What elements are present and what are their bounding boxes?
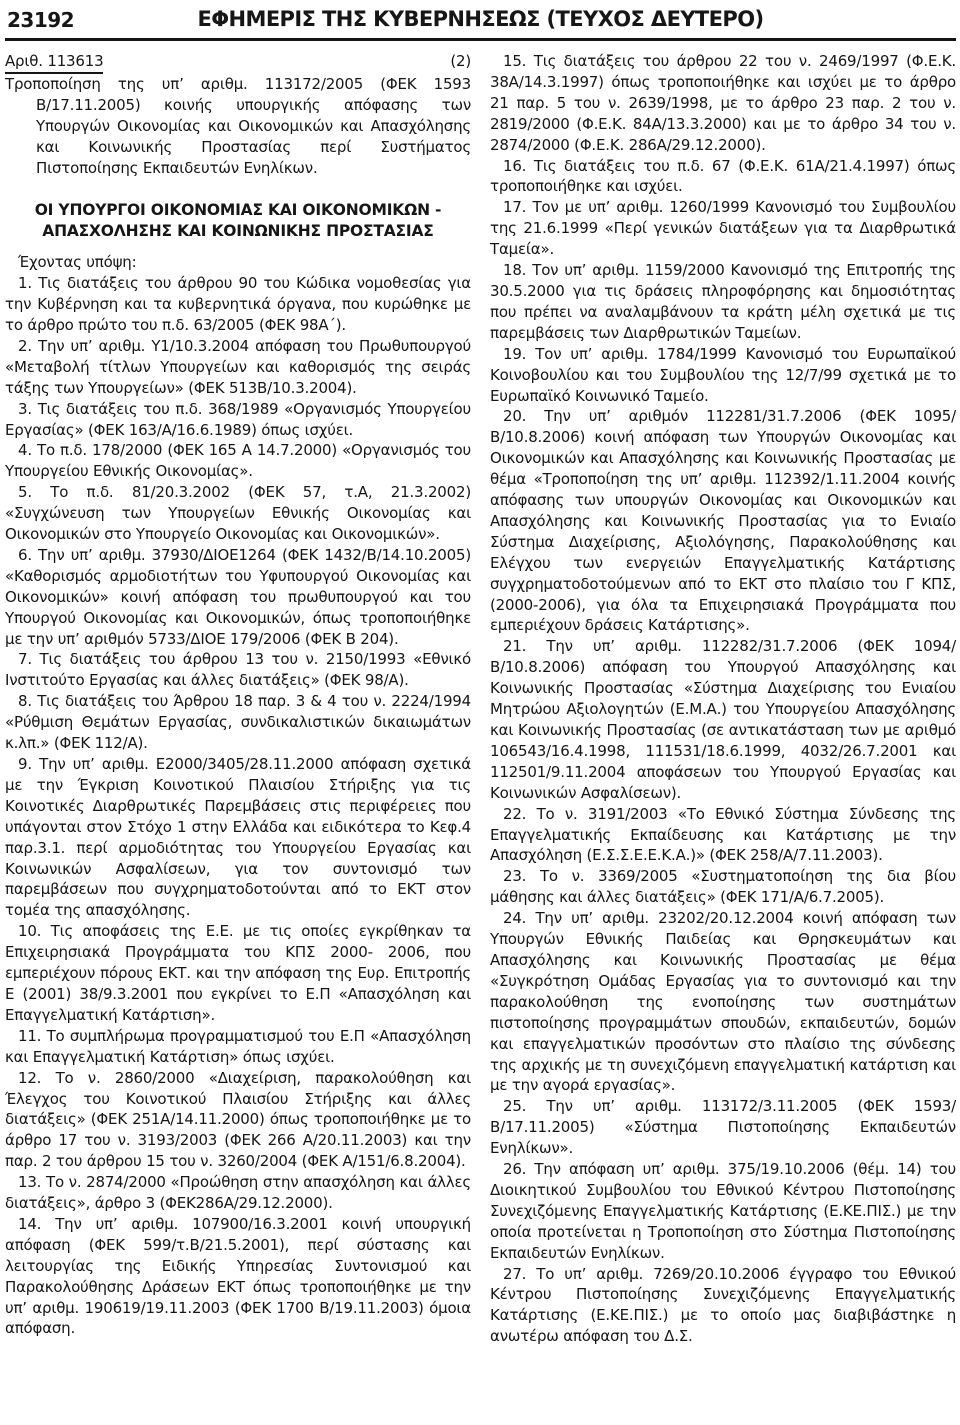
regard-item: 26. Την απόφαση υπ’ αριθμ. 375/19.10.200… — [490, 1159, 956, 1264]
regard-item: 13. Το ν. 2874/2000 «Προώθηση στην απασχ… — [5, 1172, 471, 1214]
regard-item: 7. Τις διατάξεις του άρθρου 13 του ν. 21… — [5, 649, 471, 691]
decision-number-row: Αριθ. 113613 (2) — [5, 51, 471, 74]
regard-item: 8. Τις διατάξεις του Άρθρου 18 παρ. 3 & … — [5, 691, 471, 754]
header-rule — [5, 38, 956, 41]
regard-item: 23. Το ν. 3369/2005 «Συστηματοποίηση της… — [490, 866, 956, 908]
preamble: Έχοντας υπόψη: — [5, 252, 471, 273]
regard-item: 1. Τις διατάξεις του άρθρου 90 του Κώδικ… — [5, 273, 471, 336]
regard-item: 14. Την υπ’ αριθμ. 107900/16.3.2001 κοιν… — [5, 1214, 471, 1339]
regard-item: 19. Τον υπ’ αριθμ. 1784/1999 Κανονισμό τ… — [490, 344, 956, 407]
regard-items-right: 15. Τις διατάξεις του άρθρου 22 του ν. 2… — [490, 51, 956, 1347]
regard-item: 6. Την υπ’ αριθμ. 37930/ΔΙΟΕ1264 (ΦΕΚ 14… — [5, 545, 471, 650]
gazette-page: 23192 ΕΦΗΜΕΡΙΣ ΤΗΣ ΚΥΒΕΡΝΗΣΕΩΣ (ΤΕΥΧΟΣ Δ… — [0, 0, 960, 1425]
decision-number: Αριθ. 113613 — [5, 51, 103, 74]
decision-sequence-marker: (2) — [450, 51, 471, 72]
text-columns: Αριθ. 113613 (2) Τροποποίηση της υπ’ αρι… — [5, 51, 956, 1347]
regard-item: 17. Τον με υπ’ αριθμ. 1260/1999 Κανονισμ… — [490, 197, 956, 260]
regard-item: 9. Την υπ’ αριθμ. Ε2000/3405/28.11.2000 … — [5, 754, 471, 921]
decision-subject: Τροποποίηση της υπ’ αριθμ. 113172/2005 (… — [5, 74, 471, 179]
regard-items-left: 1. Τις διατάξεις του άρθρου 90 του Κώδικ… — [5, 273, 471, 1339]
regard-item: 25. Την υπ’ αριθμ. 113172/3.11.2005 (ΦΕΚ… — [490, 1096, 956, 1159]
masthead: 23192 ΕΦΗΜΕΡΙΣ ΤΗΣ ΚΥΒΕΡΝΗΣΕΩΣ (ΤΕΥΧΟΣ Δ… — [5, 7, 956, 34]
regard-item: 15. Τις διατάξεις του άρθρου 22 του ν. 2… — [490, 51, 956, 156]
regard-item: 20. Την υπ’ αριθμόν 112281/31.7.2006 (ΦΕ… — [490, 406, 956, 636]
regard-item: 18. Τον υπ’ αριθμ. 1159/2000 Κανονισμό τ… — [490, 260, 956, 344]
right-column: 15. Τις διατάξεις του άρθρου 22 του ν. 2… — [490, 51, 956, 1347]
regard-item: 4. Το π.δ. 178/2000 (ΦΕΚ 165 Α 14.7.2000… — [5, 440, 471, 482]
regard-item: 10. Τις αποφάσεις της Ε.Ε. με τις οποίες… — [5, 921, 471, 1026]
regard-item: 11. Το συμπλήρωμα προγραμματισμού του Ε.… — [5, 1026, 471, 1068]
regard-item: 22. Το ν. 3191/2003 «Το Εθνικό Σύστημα Σ… — [490, 804, 956, 867]
regard-item: 5. Το π.δ. 81/20.3.2002 (ΦΕΚ 57, τ.Α, 21… — [5, 482, 471, 545]
regard-item: 24. Την υπ’ αριθμ. 23202/20.12.2004 κοιν… — [490, 908, 956, 1096]
regard-item: 2. Την υπ’ αριθμ. Υ1/10.3.2004 απόφαση τ… — [5, 336, 471, 399]
gazette-header-title: ΕΦΗΜΕΡΙΣ ΤΗΣ ΚΥΒΕΡΝΗΣΕΩΣ (ΤΕΥΧΟΣ ΔΕΥΤΕΡΟ… — [5, 7, 956, 31]
issuing-ministers-heading: ΟΙ ΥΠΟΥΡΓΟΙ ΟΙΚΟΝΟΜΙΑΣ ΚΑΙ ΟΙΚΟΝΟΜΙΚΩΝ -… — [5, 200, 471, 242]
regard-item: 21. Την υπ’ αριθμ. 112282/31.7.2006 (ΦΕΚ… — [490, 636, 956, 803]
regard-item: 3. Τις διατάξεις του π.δ. 368/1989 «Οργα… — [5, 399, 471, 441]
regard-item: 12. Το ν. 2860/2000 «Διαχείριση, παρακολ… — [5, 1068, 471, 1173]
regard-item: 16. Τις διατάξεις του π.δ. 67 (Φ.Ε.Κ. 61… — [490, 156, 956, 198]
left-column: Αριθ. 113613 (2) Τροποποίηση της υπ’ αρι… — [5, 51, 471, 1347]
regard-item: 27. Το υπ’ αριθμ. 7269/20.10.2006 έγγραφ… — [490, 1264, 956, 1348]
